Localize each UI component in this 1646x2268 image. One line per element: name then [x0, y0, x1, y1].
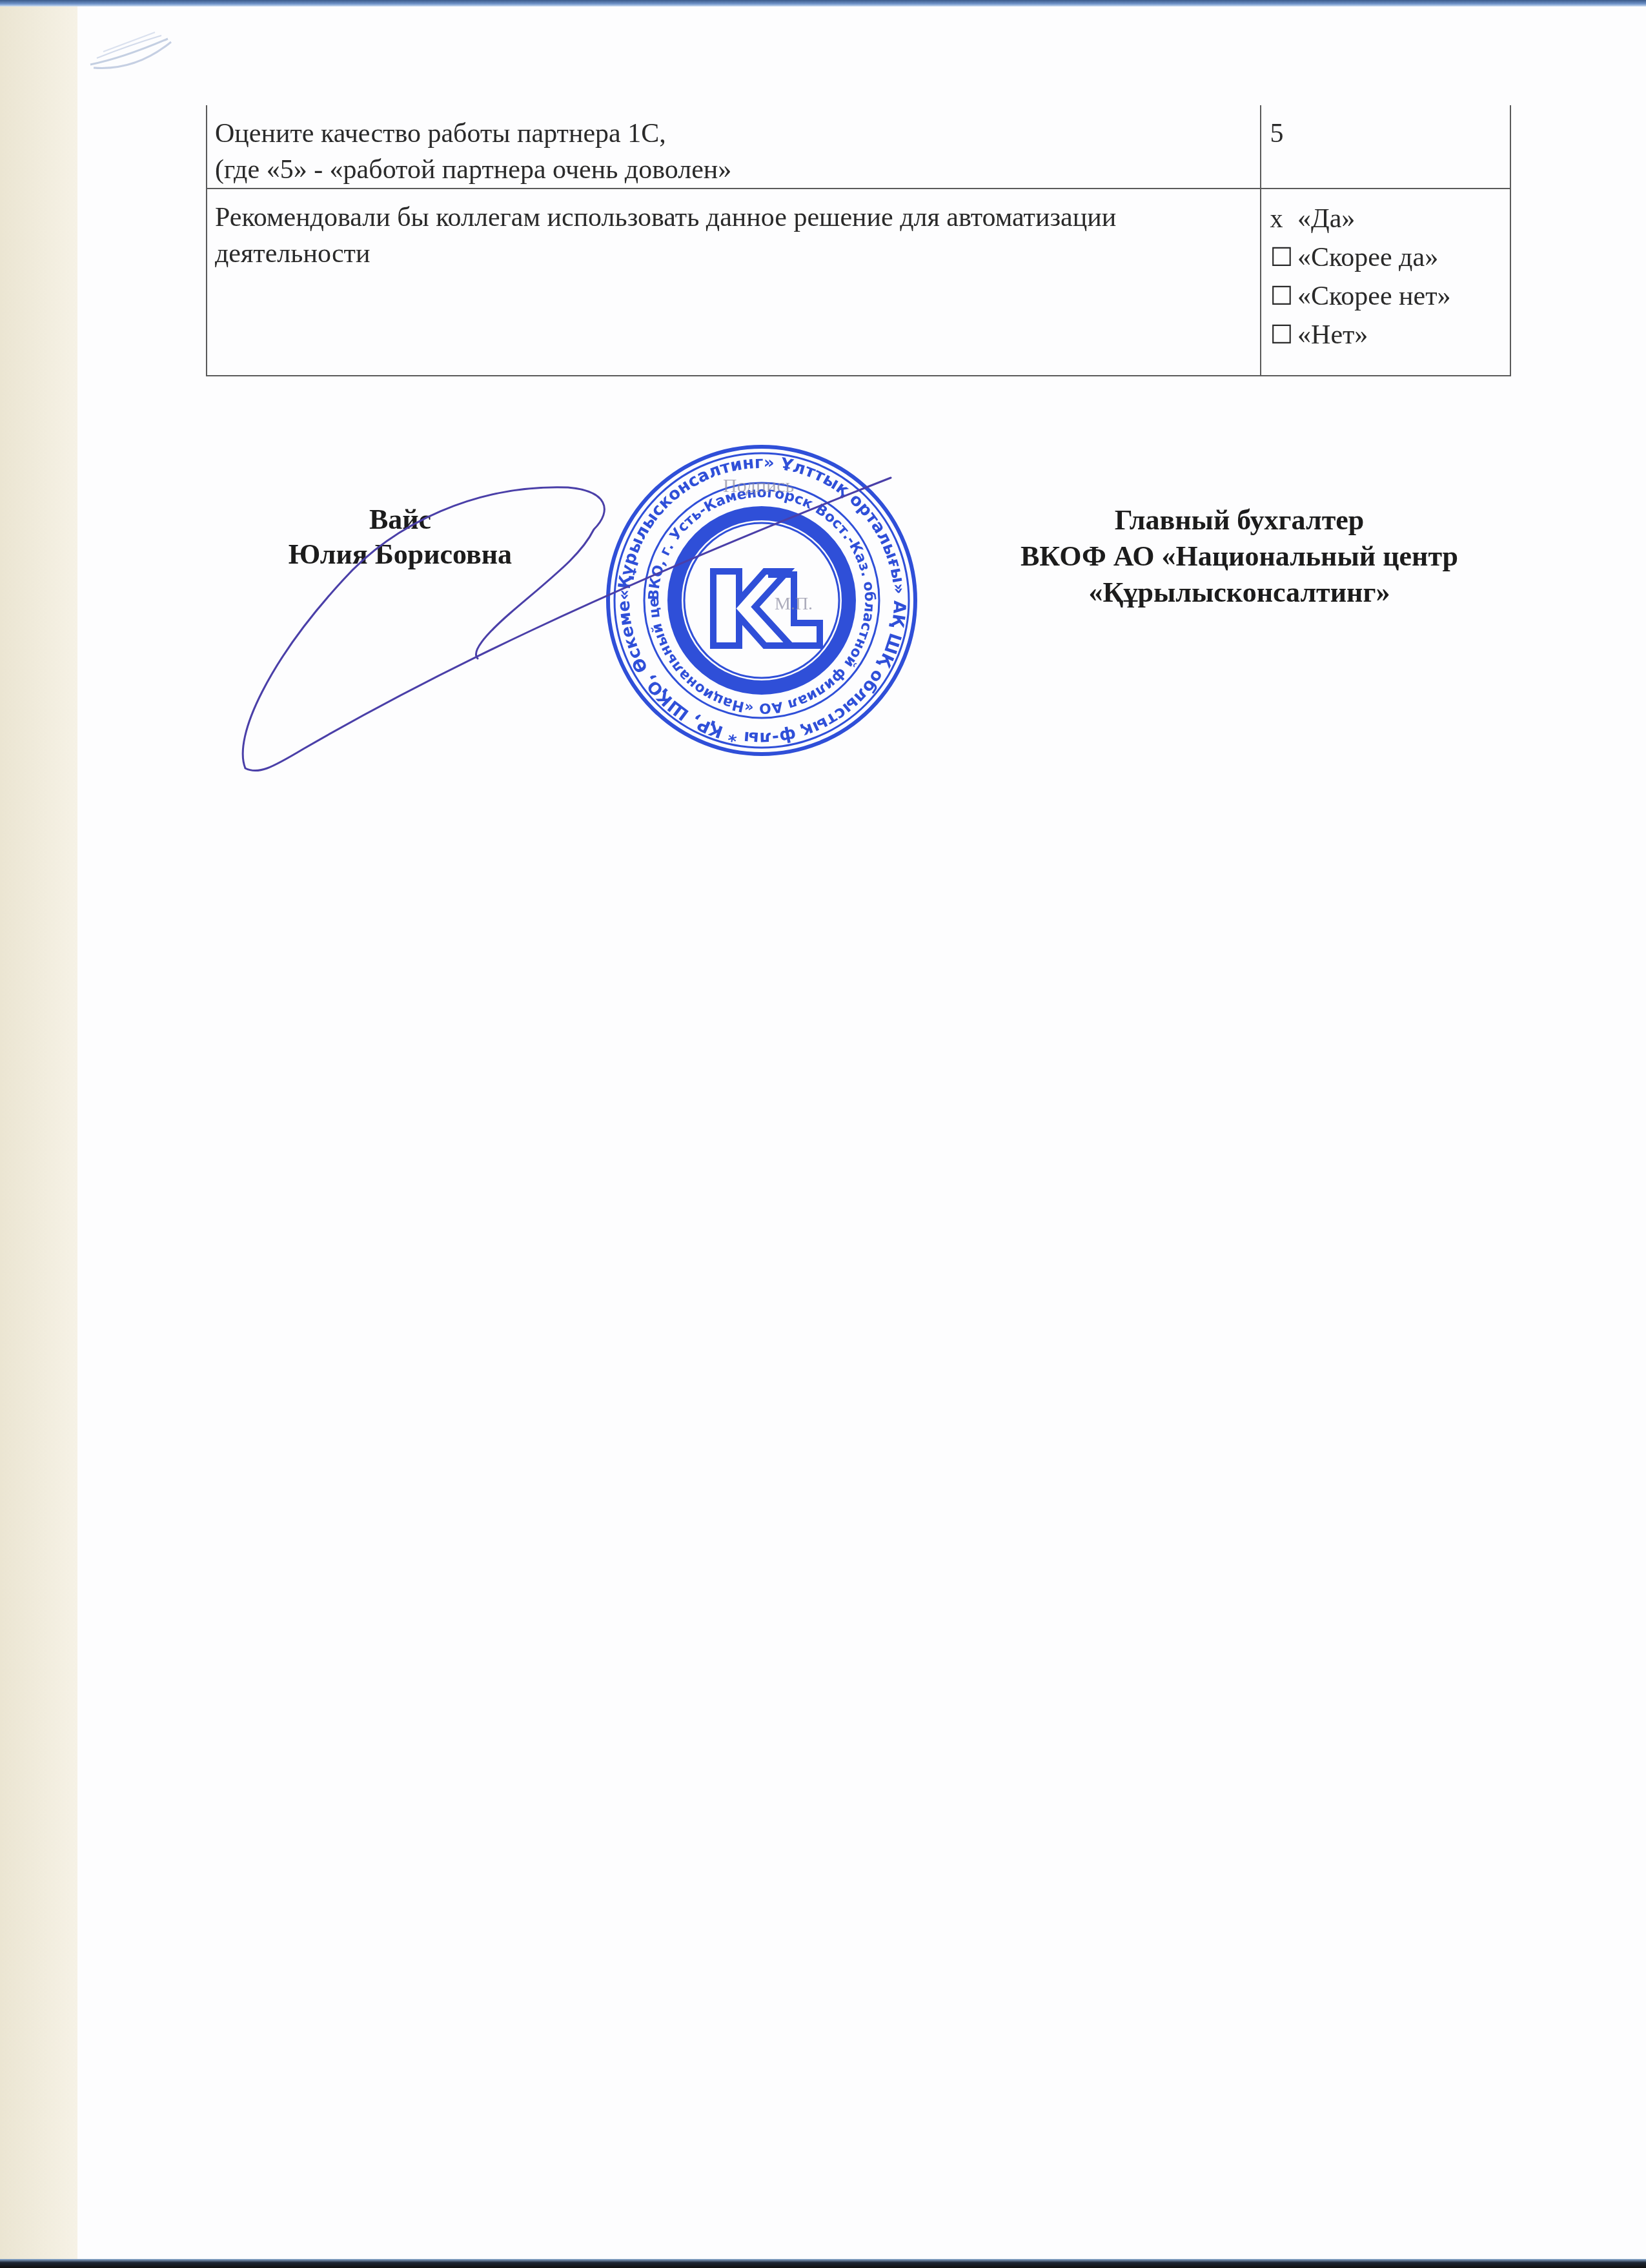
scan-bottom-edge: [0, 2259, 1646, 2268]
question-text: Оцените качество работы партнера 1С, (гд…: [207, 105, 1260, 188]
organization-line: ВКОФ АО «Национальный центр: [955, 538, 1523, 575]
option-yes: x «Да»: [1270, 199, 1502, 238]
option-label: «Да»: [1297, 204, 1355, 234]
scan-top-edge: [0, 0, 1646, 6]
table-row: Оцените качество работы партнера 1С, (гд…: [207, 105, 1510, 189]
option-no: ☐ «Нет»: [1270, 316, 1502, 354]
answer-cell: 5: [1261, 105, 1510, 189]
checked-mark-icon: x: [1270, 199, 1291, 238]
position-title: Главный бухгалтер: [955, 502, 1523, 538]
checkbox-empty-icon: ☐: [1270, 238, 1291, 277]
organization-name: «Құрылысконсалтинг»: [955, 575, 1523, 611]
checkbox-empty-icon: ☐: [1270, 277, 1291, 316]
survey-table: Оцените качество работы партнера 1С, (гд…: [206, 105, 1511, 376]
question-cell: Рекомендовали бы коллегам использовать д…: [207, 189, 1261, 376]
question-text: Рекомендовали бы коллегам использовать д…: [207, 189, 1260, 272]
stamp-overlay-signature-label: Подпись: [723, 475, 794, 497]
signatory-given-name: Юлия Борисовна: [258, 537, 542, 572]
stamp-overlay-mp-label: М.П.: [775, 594, 813, 615]
rating-value: 5: [1261, 105, 1510, 152]
option-rather-no: ☐ «Скорее нет»: [1270, 277, 1502, 316]
scan-left-margin: [0, 6, 78, 2259]
option-label: «Нет»: [1297, 320, 1368, 350]
option-label: «Скорее нет»: [1297, 281, 1451, 311]
official-stamp: «Құрылысконсалтинг» Ұлттық орталығы» АҚ …: [600, 439, 923, 762]
recommendation-options: x «Да» ☐ «Скорее да» ☐ «Скорее нет» ☐ «Н…: [1261, 189, 1510, 354]
signatory-name-block: Вайс Юлия Борисовна: [258, 502, 542, 572]
table-row: Рекомендовали бы коллегам использовать д…: [207, 189, 1510, 376]
pencil-smudge: [84, 19, 174, 71]
option-label: «Скорее да»: [1297, 243, 1438, 272]
signatory-position-block: Главный бухгалтер ВКОФ АО «Национальный …: [955, 502, 1523, 611]
option-rather-yes: ☐ «Скорее да»: [1270, 238, 1502, 277]
answer-cell: x «Да» ☐ «Скорее да» ☐ «Скорее нет» ☐ «Н…: [1261, 189, 1510, 376]
signatory-surname: Вайс: [258, 502, 542, 537]
checkbox-empty-icon: ☐: [1270, 316, 1291, 354]
question-cell: Оцените качество работы партнера 1С, (гд…: [207, 105, 1261, 189]
